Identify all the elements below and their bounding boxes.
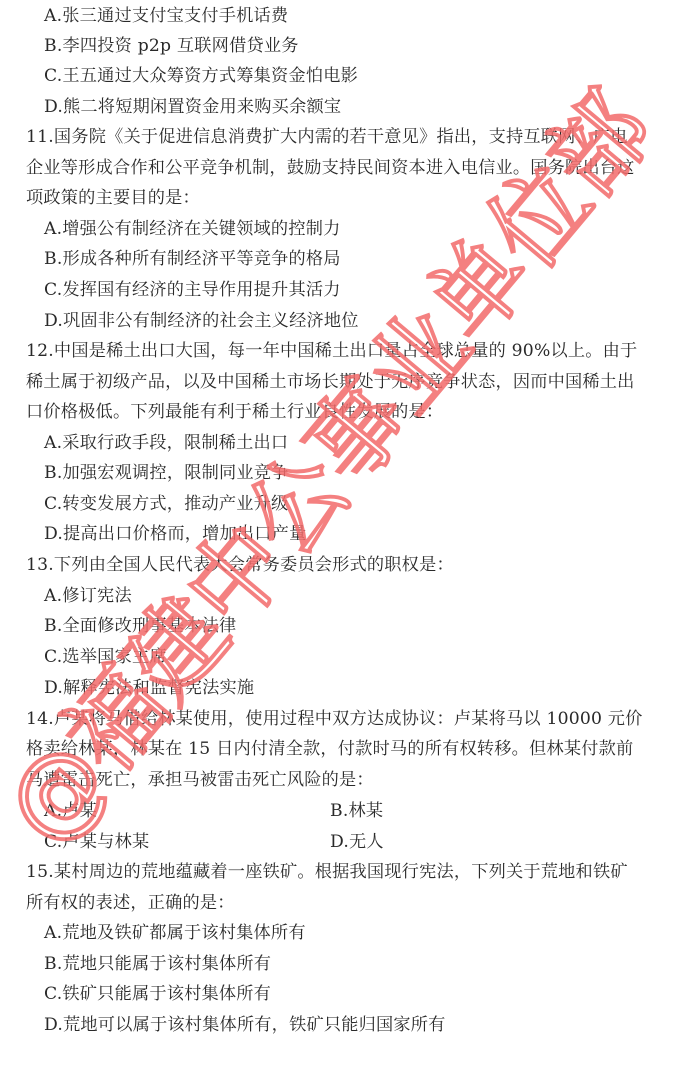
- question-stem-line: 稀土属于初级产品，以及中国稀土市场长期处于无序竞争状态，因而中国稀土出: [26, 367, 635, 397]
- question-stem-line: 企业等形成合作和公平竞争机制，鼓励支持民间资本进入电信业。国务院出台这: [26, 153, 635, 183]
- option-c: C.选举国家主席: [44, 642, 167, 672]
- question-stem-line: 11.国务院《关于促进信息消费扩大内需的若干意见》指出，支持互联网、广电: [26, 122, 628, 152]
- option-d: D.巩固非公有制经济的社会主义经济地位: [44, 306, 359, 336]
- option-c: C.转变发展方式，推动产业升级: [44, 489, 288, 519]
- option-d: D.提高出口价格而，增加出口产量: [44, 519, 306, 549]
- option-b: B.全面修改刑事基本法律: [44, 611, 236, 641]
- question-stem-line: 口价格极低。下列最能有利于稀土行业良性发展的是：: [26, 397, 443, 427]
- option-a: A.增强公有制经济在关键领域的控制力: [44, 214, 340, 244]
- option-c: C.铁矿只能属于该村集体所有: [44, 979, 271, 1009]
- option-c: C.卢某与林某: [44, 827, 149, 857]
- option-d: D.荒地可以属于该村集体所有，铁矿只能归国家所有: [44, 1010, 446, 1040]
- exam-page: A.张三通过支付宝支付手机话费 B.李四投资 p2p 互联网借贷业务 C.王五通…: [0, 0, 681, 1078]
- question-stem-line: 格卖给林某，林某在 15 日内付清全款，付款时马的所有权转移。但林某付款前: [26, 734, 633, 764]
- option-a: A.卢某: [44, 796, 97, 826]
- option-d: D.无人: [330, 827, 384, 857]
- option-b: B.林某: [330, 796, 383, 826]
- question-stem-line: 12.中国是稀土出口大国，每一年中国稀土出口量占全球总量的 90%以上。由于: [26, 336, 637, 366]
- question-stem-line: 项政策的主要目的是：: [26, 183, 200, 213]
- option-a: A.修订宪法: [44, 581, 132, 611]
- question-stem-line: 15.某村周边的荒地蕴藏着一座铁矿。根据我国现行宪法，下列关于荒地和铁矿: [26, 857, 628, 887]
- option-a: A.张三通过支付宝支付手机话费: [44, 1, 288, 31]
- question-stem-line: 所有权的表述，正确的是：: [26, 888, 235, 918]
- question-stem-line: 14.卢某将马借给林某使用，使用过程中双方达成协议：卢某将马以 10000 元价: [26, 704, 643, 734]
- option-d: D.熊二将短期闲置资金用来购买余额宝: [44, 92, 341, 122]
- option-b: B.荒地只能属于该村集体所有: [44, 949, 271, 979]
- option-b: B.李四投资 p2p 互联网借贷业务: [44, 31, 299, 61]
- question-stem-line: 13.下列由全国人民代表大会常务委员会形式的职权是：: [26, 550, 454, 580]
- option-c: C.王五通过大众筹资方式筹集资金怕电影: [44, 61, 358, 91]
- option-a: A.荒地及铁矿都属于该村集体所有: [44, 918, 306, 948]
- option-c: C.发挥国有经济的主导作用提升其活力: [44, 275, 341, 305]
- question-stem-line: 马遭雷击死亡，承担马被雷击死亡风险的是：: [26, 765, 374, 795]
- option-b: B.形成各种所有制经济平等竞争的格局: [44, 244, 341, 274]
- option-a: A.采取行政手段，限制稀土出口: [44, 428, 288, 458]
- option-d: D.解释宪法和监督宪法实施: [44, 673, 254, 703]
- option-b: B.加强宏观调控，限制同业竞争: [44, 458, 289, 488]
